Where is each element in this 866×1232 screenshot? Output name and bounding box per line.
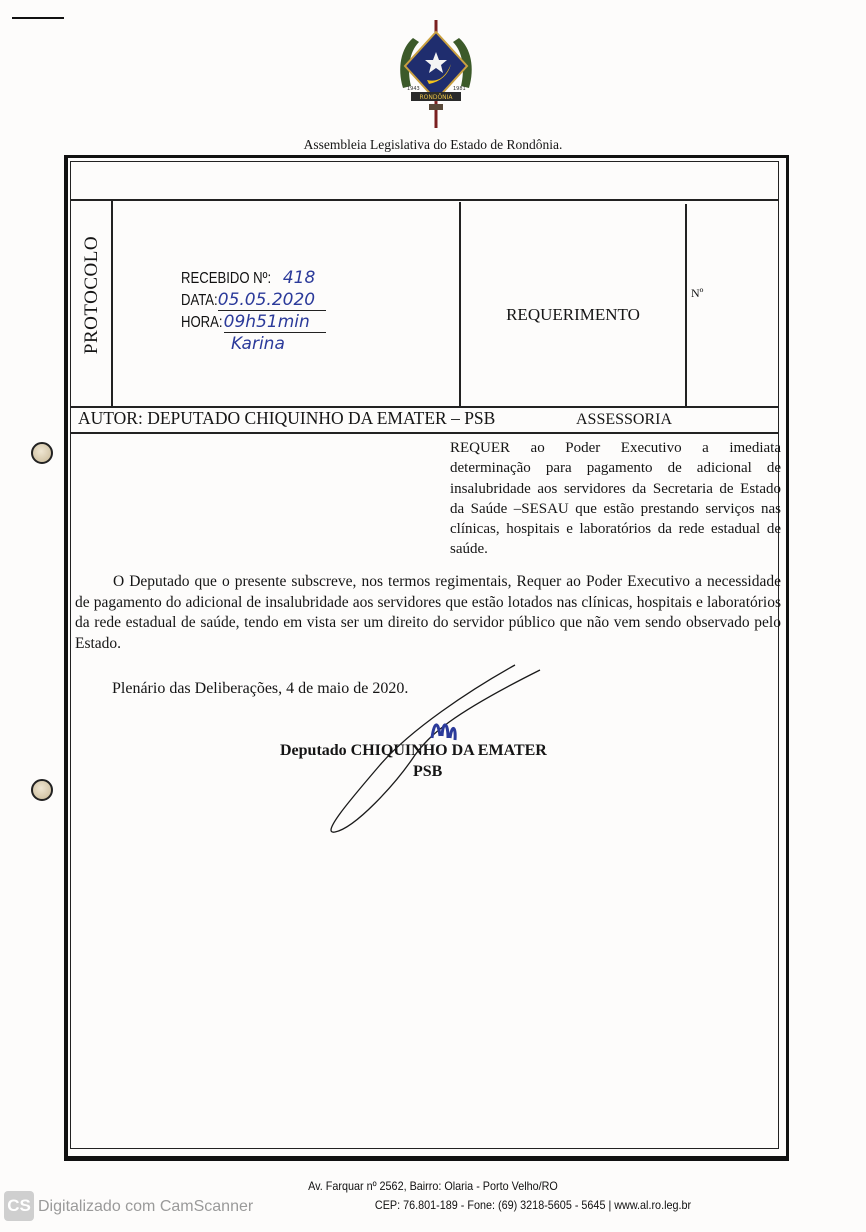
- received-label: RECEBIDO Nº:: [181, 270, 271, 288]
- protocol-side-label: PROTOCOLO: [62, 230, 122, 360]
- footer-address: Av. Farquar nº 2562, Bairro: Olaria - Po…: [43, 1179, 822, 1193]
- received-number: 418: [283, 268, 315, 288]
- signatory-party: PSB: [413, 763, 442, 781]
- place-date: Plenário das Deliberações, 4 de maio de …: [112, 680, 408, 698]
- date-value: 05.05.2020: [218, 290, 326, 311]
- svg-text:1943: 1943: [407, 86, 420, 92]
- punch-hole-icon: [31, 442, 53, 464]
- table-divider: [459, 202, 461, 406]
- document-type: REQUERIMENTO: [460, 305, 686, 325]
- svg-text:1981: 1981: [453, 86, 466, 92]
- document-number-label: Nº: [691, 286, 703, 301]
- department-label: ASSESSORIA: [576, 411, 672, 429]
- svg-text:RONDÔNIA: RONDÔNIA: [419, 94, 453, 101]
- scan-mark: [12, 17, 64, 19]
- scanner-watermark: Digitalizado com CamScanner: [38, 1198, 253, 1216]
- receiver-signature: Karina: [231, 334, 285, 354]
- date-label: DATA:: [181, 292, 218, 310]
- signatory-name: Deputado CHIQUINHO DA EMATER: [280, 742, 547, 760]
- coat-of-arms-icon: RONDÔNIA 1943 1981: [393, 18, 479, 130]
- time-label: HORA:: [181, 314, 223, 332]
- camscanner-logo-icon: CS: [4, 1191, 34, 1221]
- body-paragraph: O Deputado que o presente subscreve, nos…: [75, 572, 781, 654]
- ementa-summary: REQUER ao Poder Executivo a imediata det…: [450, 438, 781, 560]
- time-value: 09h51min: [224, 312, 326, 333]
- author-line: AUTOR: DEPUTADO CHIQUINHO DA EMATER – PS…: [78, 408, 495, 429]
- punch-hole-icon: [31, 779, 53, 801]
- institution-name: Assembleia Legislativa do Estado de Rond…: [0, 137, 866, 153]
- table-divider: [71, 199, 778, 201]
- table-divider: [71, 432, 778, 434]
- protocol-stamp: RECEBIDO Nº: 418 DATA: 05.05.2020 HORA: …: [181, 268, 326, 356]
